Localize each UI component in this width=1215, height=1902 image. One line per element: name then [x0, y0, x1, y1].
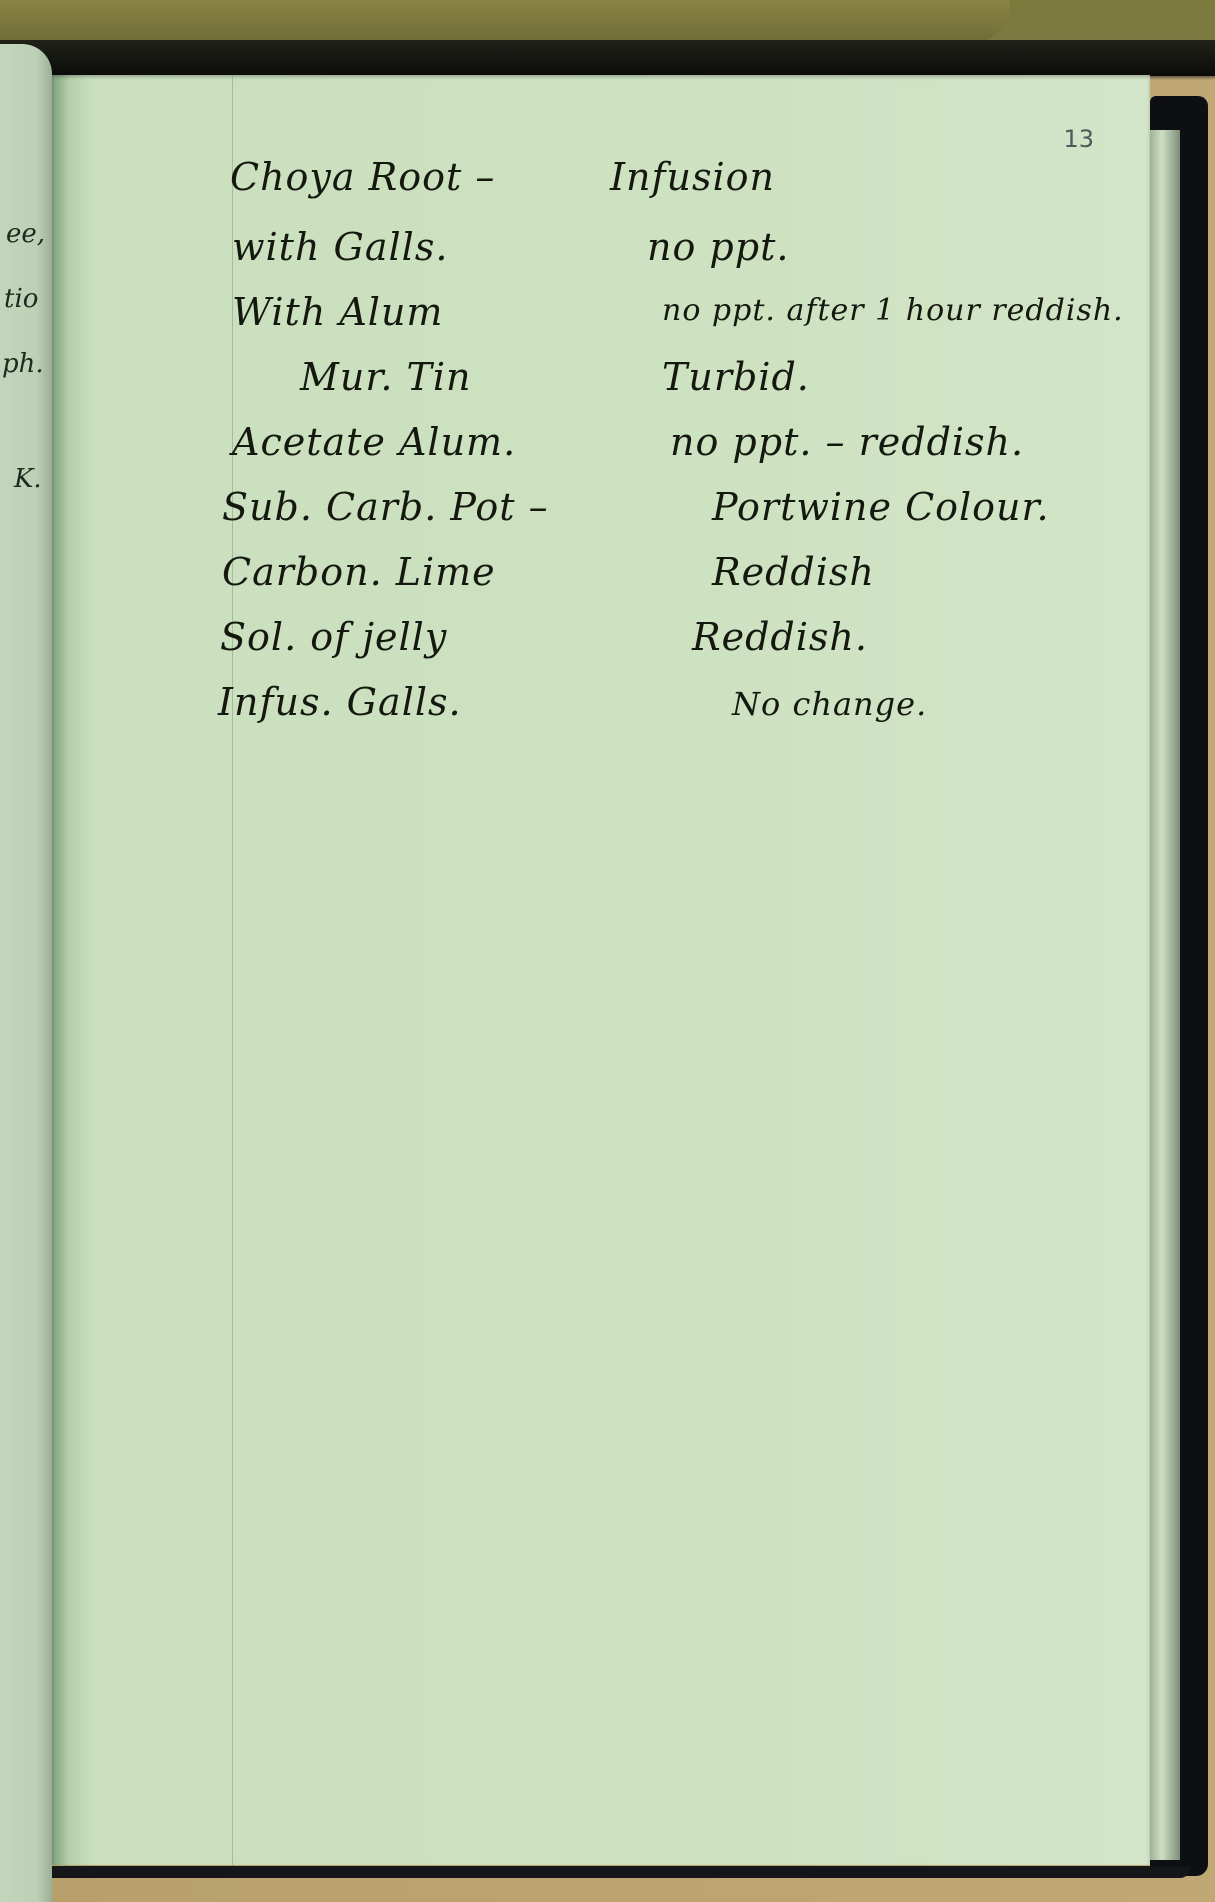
notebook-page: 13 Choya Root – Infusion with Galls. no …	[52, 75, 1150, 1865]
heading-left: Choya Root –	[230, 155, 495, 199]
entry-result: no ppt.	[647, 225, 789, 269]
entry-result: Reddish.	[692, 615, 868, 659]
entry-result: Turbid.	[662, 355, 810, 399]
entry-reagent: Carbon. Lime	[222, 550, 496, 594]
page-number: 13	[1063, 125, 1094, 153]
left-fragment: ee,	[6, 219, 45, 249]
book-cover-bottom	[40, 1866, 1190, 1878]
entry-reagent: Acetate Alum.	[232, 420, 516, 464]
entry-result: No change.	[732, 685, 927, 723]
left-fragment: ph.	[2, 349, 44, 379]
left-fragment: tio	[4, 284, 38, 314]
entry-reagent: With Alum	[232, 290, 443, 334]
entry-result: no ppt. – reddish.	[670, 420, 1024, 464]
entry-reagent: with Galls.	[232, 225, 448, 269]
left-fragment: K.	[14, 464, 42, 494]
prior-page-edge	[0, 0, 1010, 44]
entry-result: Portwine Colour.	[712, 485, 1050, 529]
entry-reagent: Mur. Tin	[300, 355, 472, 399]
entry-result: Reddish	[712, 550, 875, 594]
left-page-strip: ee, tio ph. K.	[0, 44, 52, 1902]
entry-result: no ppt. after 1 hour reddish.	[662, 293, 1124, 328]
heading-right: Infusion	[610, 155, 775, 199]
binding-shadow	[0, 40, 1215, 76]
page-edges-stack	[1148, 130, 1180, 1860]
entry-reagent: Infus. Galls.	[218, 680, 462, 724]
margin-rule	[232, 75, 233, 1865]
entry-reagent: Sol. of jelly	[220, 615, 447, 659]
entry-reagent: Sub. Carb. Pot –	[222, 485, 549, 529]
